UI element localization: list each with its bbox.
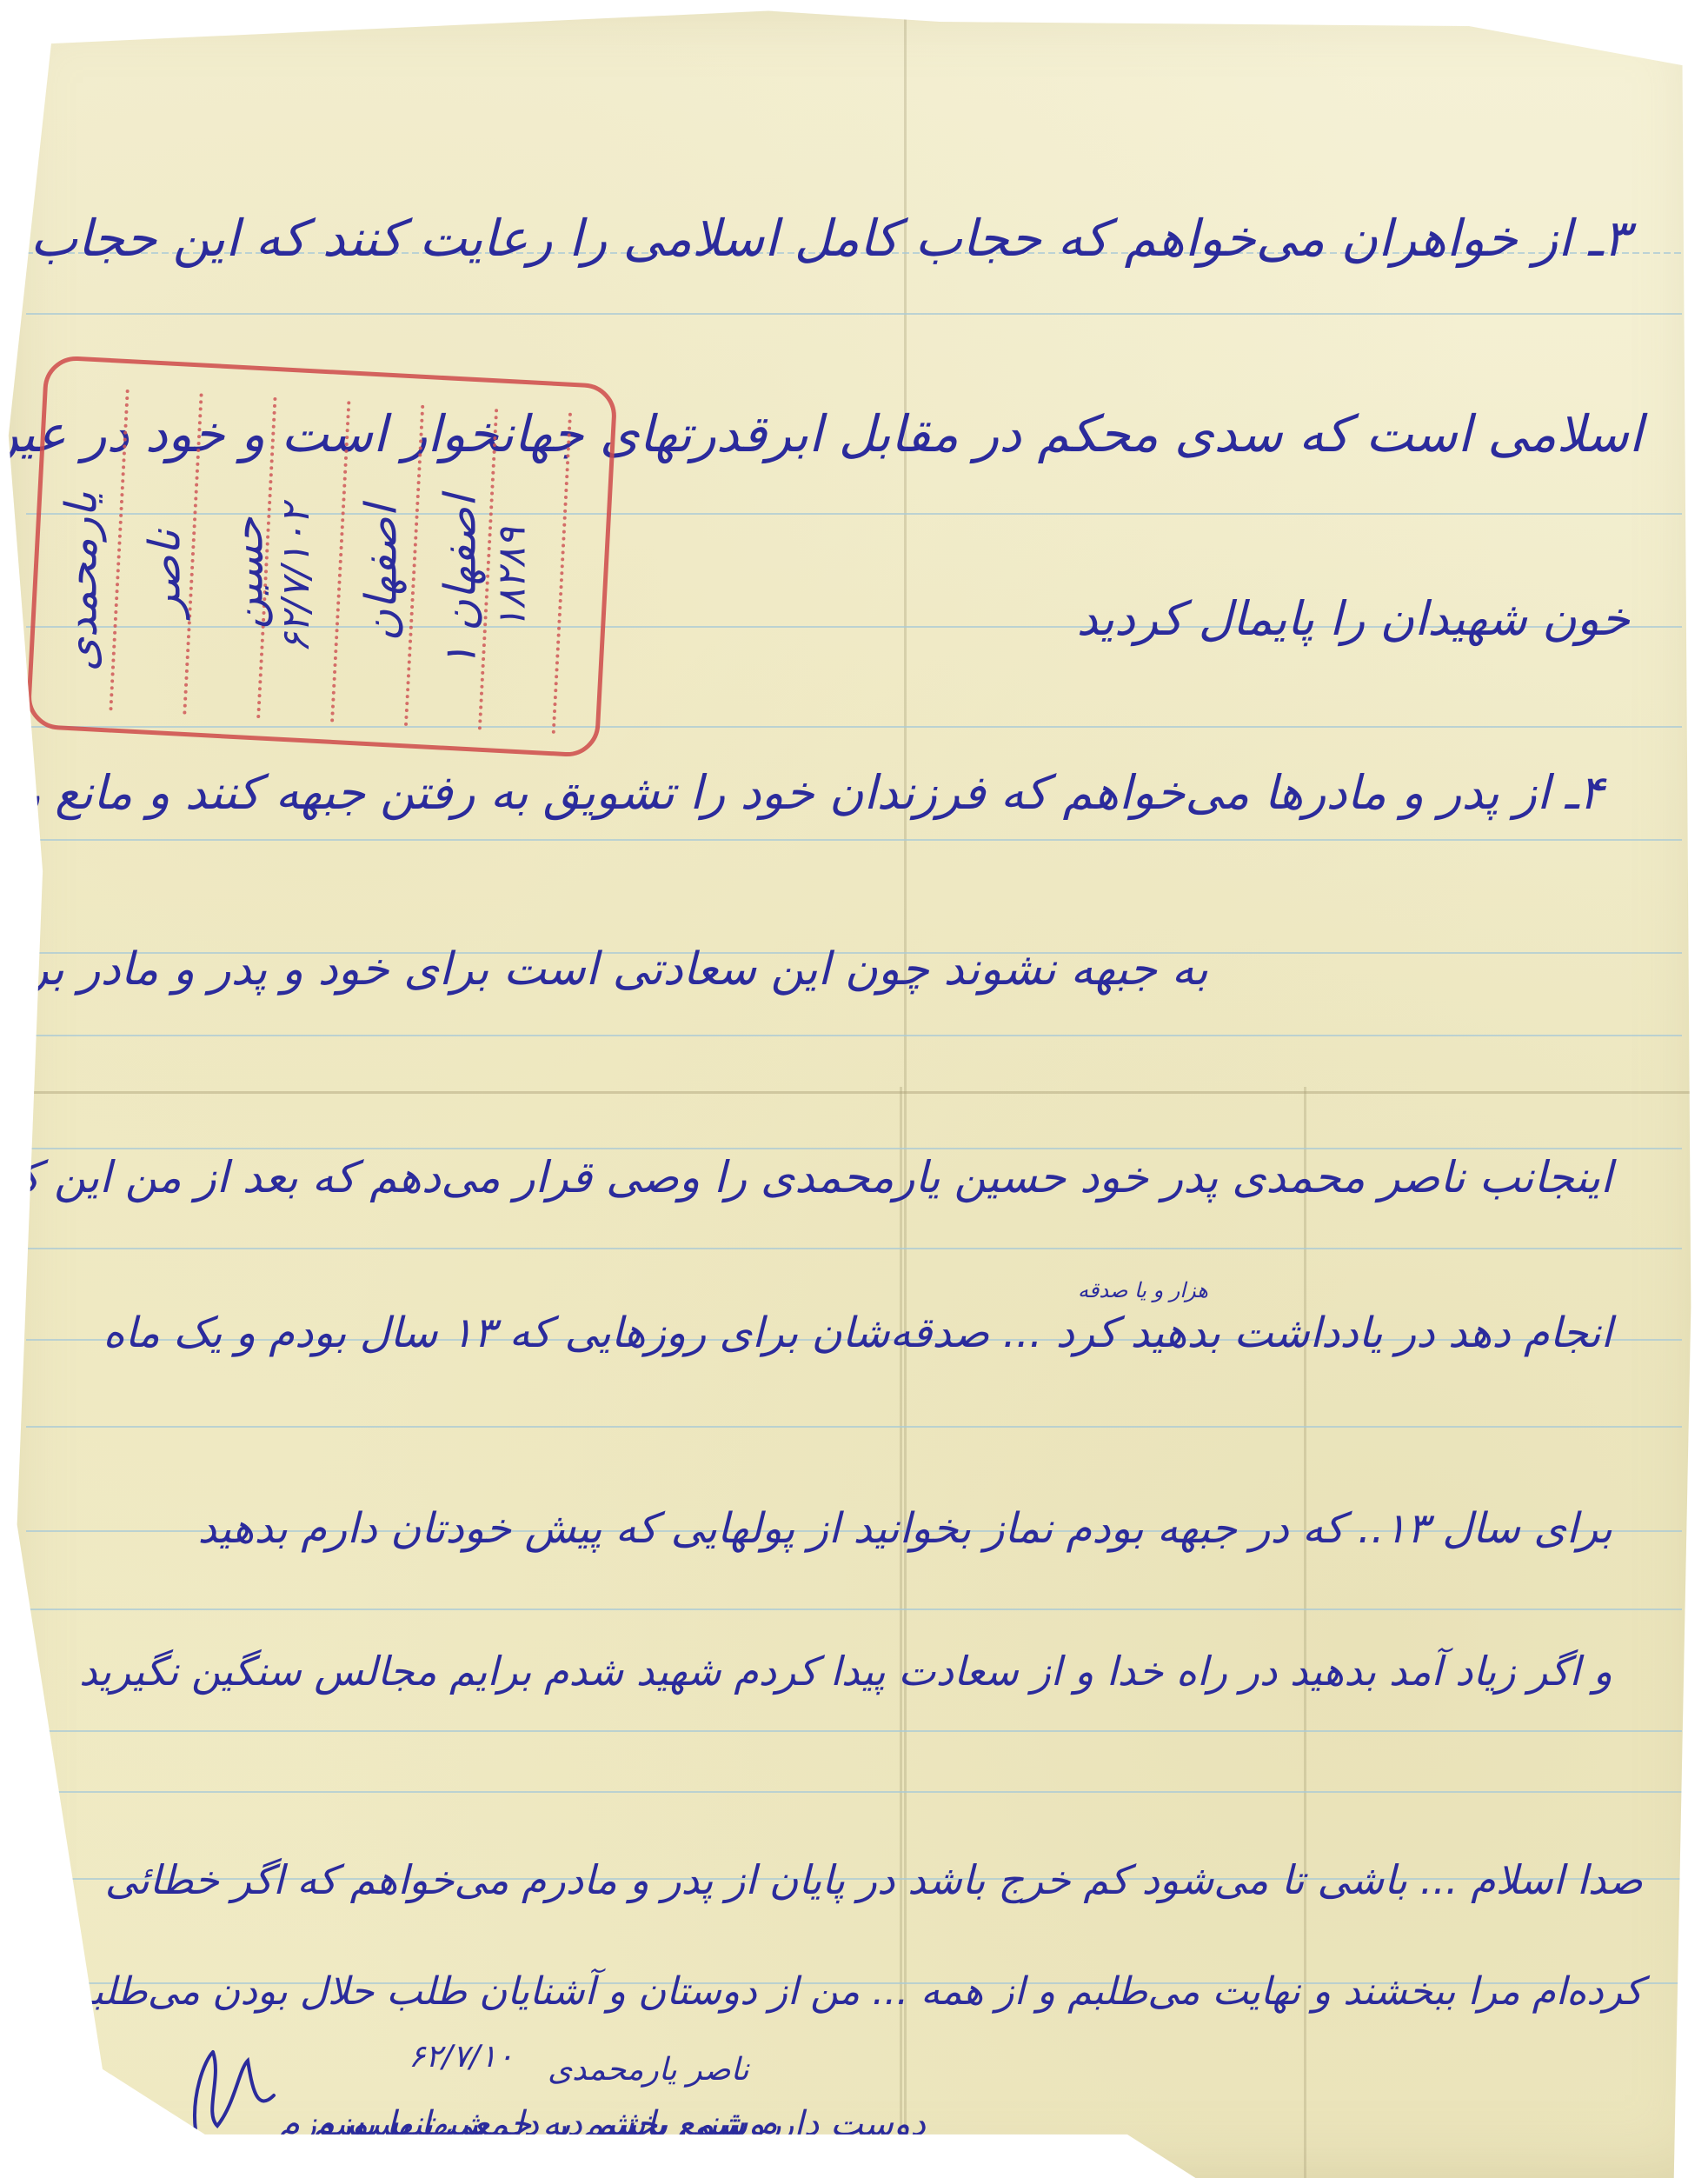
ruled-line [26,1148,1682,1149]
ruled-line [26,313,1682,315]
letter-line: کرده‌ام مرا ببخشند و نهایت می‌طلبم و از … [68,1969,1643,2014]
stamp-entry: یارمحمدی [56,492,106,672]
letter-line: برای سال ۱۳.. که در جبهه بودم نماز بخوان… [197,1504,1612,1553]
ruled-line [26,1248,1682,1249]
interlinear-note: هزار و یا صدقه [1078,1278,1208,1302]
ruled-line [26,1426,1682,1428]
fold-crease [1304,1087,1306,2178]
closing-couplet: روشنی بخشم به جمعی تنها بسوزم [278,2104,781,2144]
ruled-line [26,1609,1682,1610]
letter-line: اینجانب ناصر محمدی پدر خود حسین یارمحمدی… [0,1152,1612,1202]
letter-line: صدا اسلام ... باشی تا می‌شود کم خرج باشد… [105,1856,1643,1903]
letter-line: به جبهه نشوند چون این سعادتی است برای خو… [0,943,1208,996]
stamp-entry: اصفهان [356,505,406,642]
stamp-entry: ناصر [140,530,190,616]
ruled-line [26,1035,1682,1036]
letter-line: ۴ـ از پدر و مادرها می‌خواهم که فرزندان خ… [0,765,1604,820]
letter-line: خون شهیدان را پایمال کردید [1077,591,1630,646]
ruled-line [26,1791,1682,1793]
ruled-line [26,1730,1682,1732]
stamp-entries: یارمحمدی ناصر حسین ۶۲/۷/۱۰۲ اصفهان اصفها… [52,417,591,748]
letter-line: انجام دهد در یادداشت بدهید کرد ... صدقه‌… [103,1309,1612,1357]
stamp-entry: ۶۲/۷/۱۰۲ [274,504,318,653]
fold-crease [0,1091,1708,1094]
signature-scrawl [187,2043,282,2139]
ruled-line [26,839,1682,841]
stamp-entry: اصفهان ۱ [435,495,486,668]
letter-line: و اگر زیاد آمد بدهید در راه خدا و از سعا… [79,1648,1612,1695]
signature-date: ۶۲/۷/۱۰ [409,2039,514,2075]
letter-line: ۳ـ از خواهران می‌خواهم که حجاب کامل اسلا… [30,209,1630,268]
letter-page: ۳ـ از خواهران می‌خواهم که حجاب کامل اسلا… [0,0,1708,2178]
stamp-entry: ۱۸۲۸۹ [490,527,535,629]
fold-crease [904,0,907,2178]
stamp-entry: حسین [222,517,272,629]
fold-crease [900,1087,902,2178]
signature-name: ناصر یارمحمدی [548,2052,749,2088]
